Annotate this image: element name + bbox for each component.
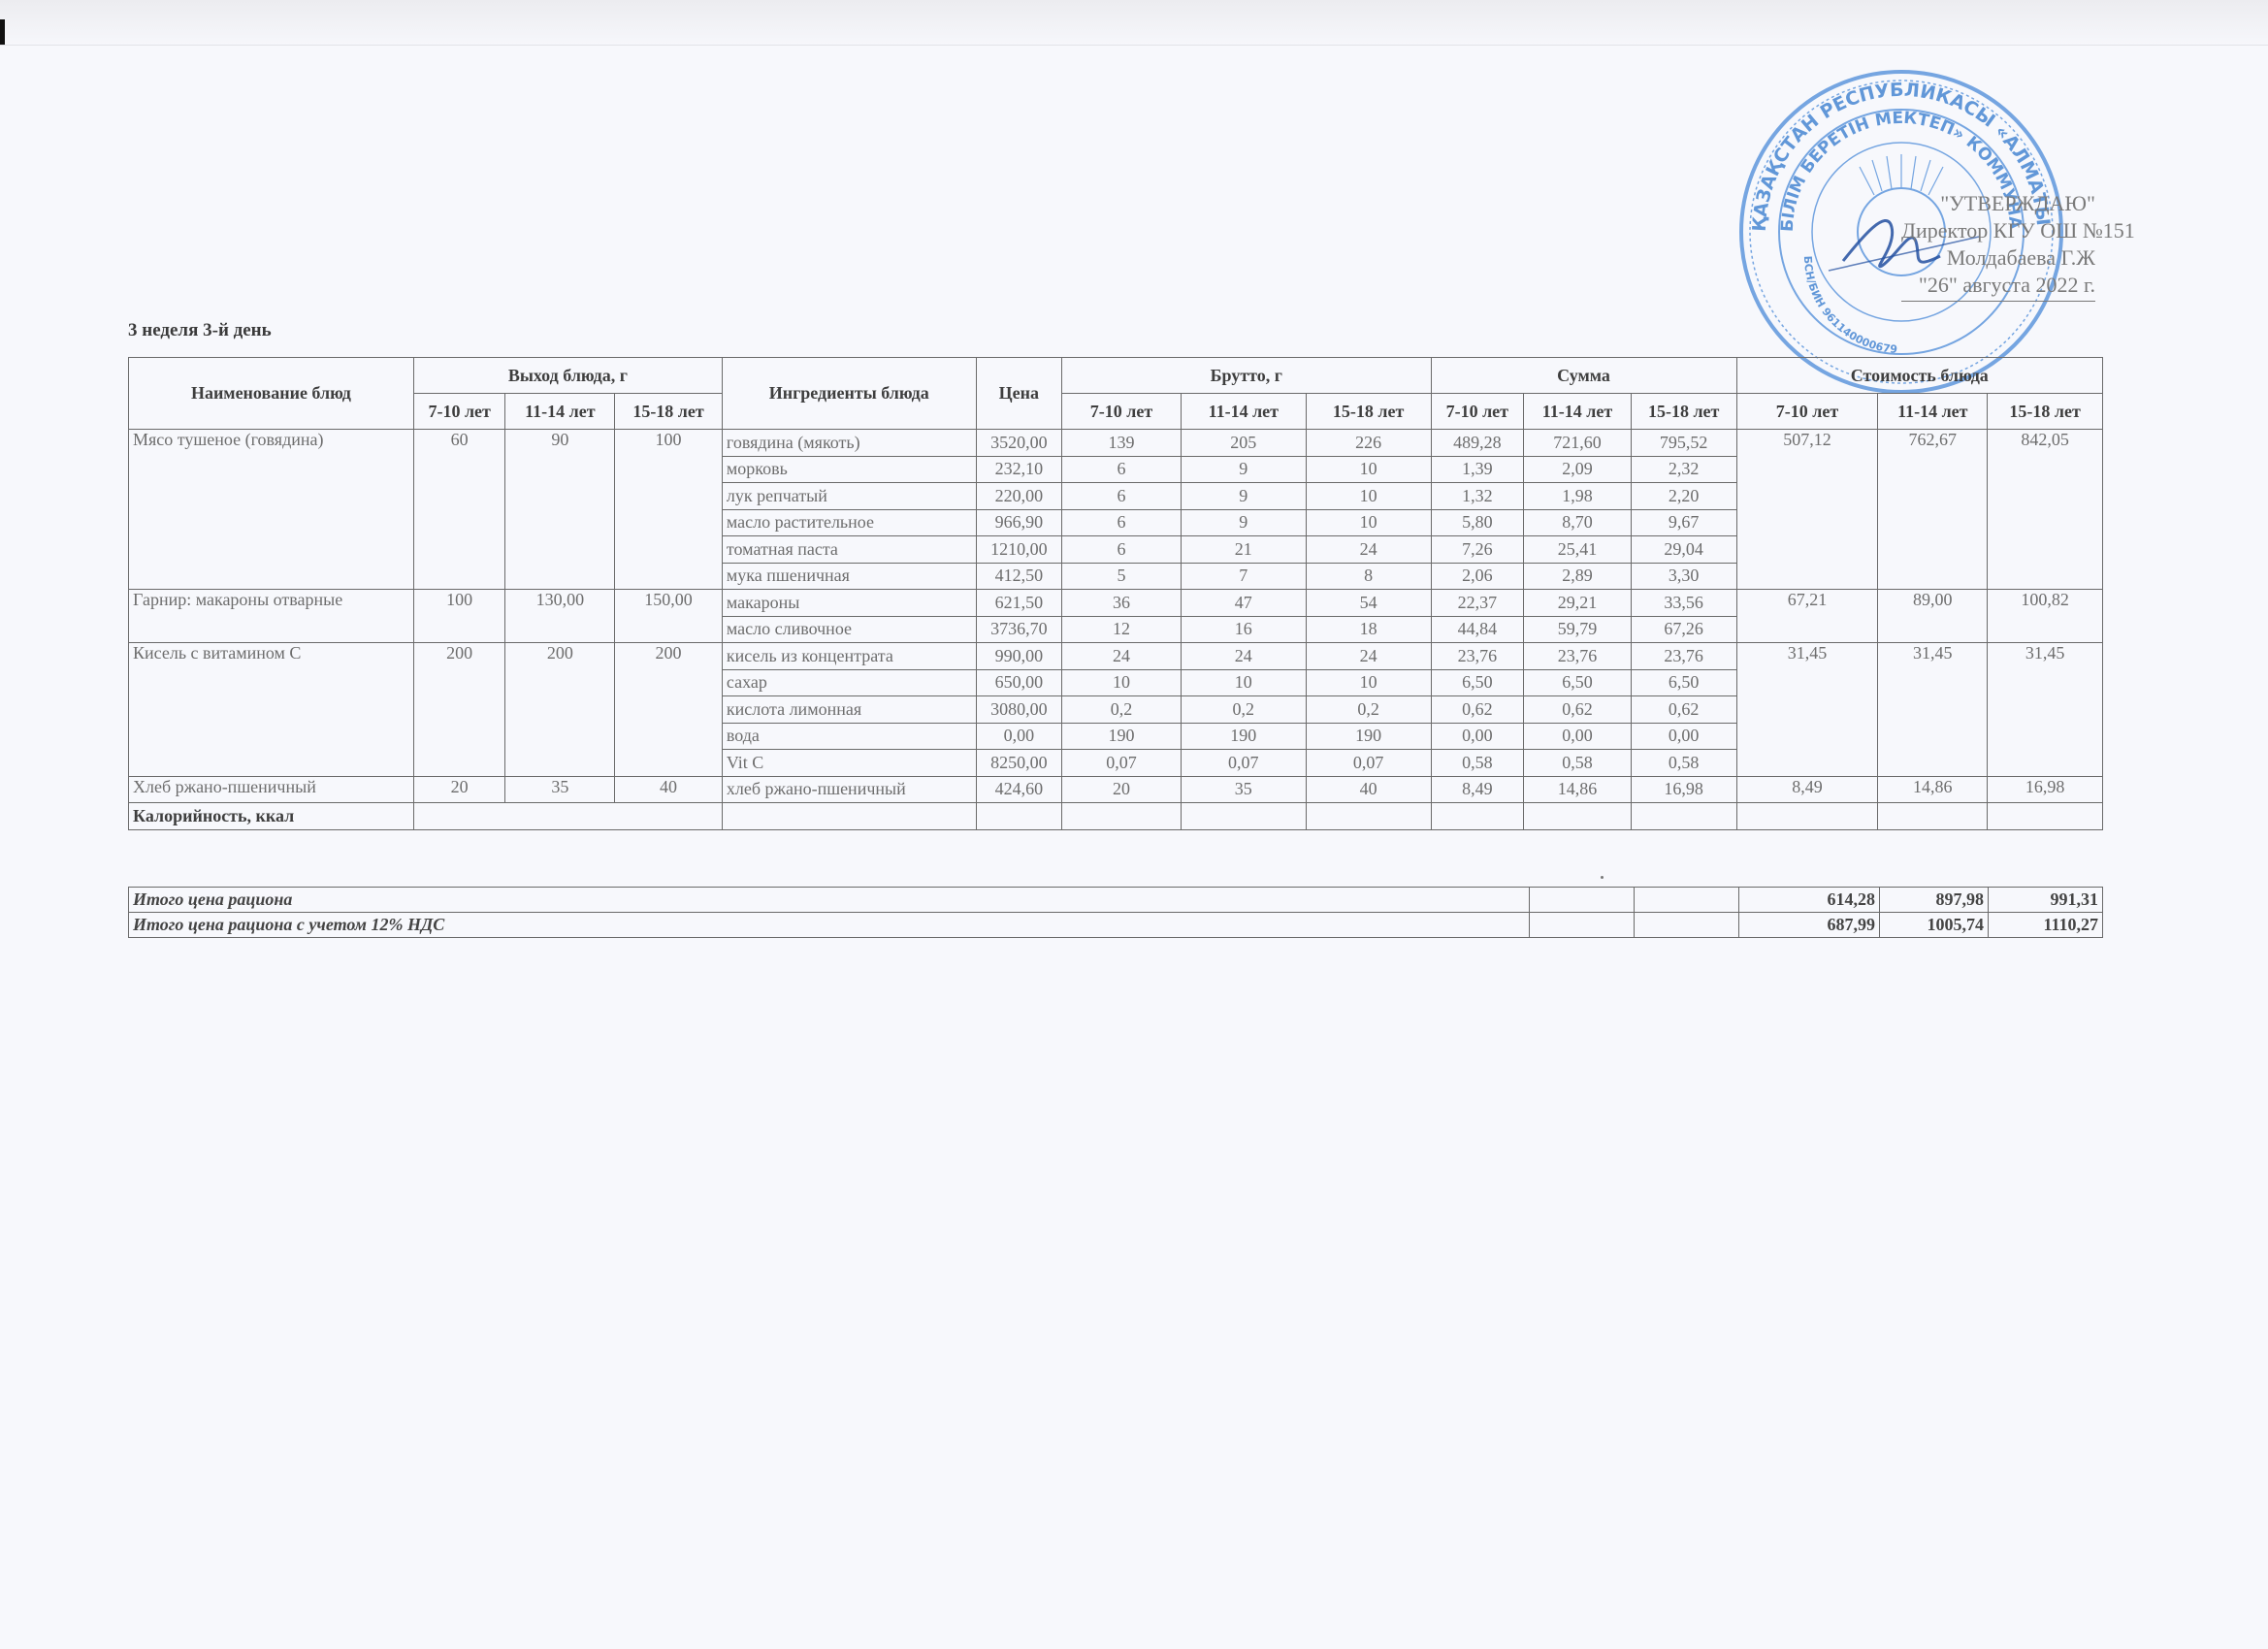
dish-cost: 14,86 [1878, 776, 1988, 803]
header-age: 11-14 лет [505, 394, 615, 430]
ingredient-brutto: 10 [1306, 483, 1431, 510]
empty-cell [1635, 888, 1739, 913]
ingredient-name: лук репчатый [722, 483, 976, 510]
ingredient-brutto: 6 [1062, 483, 1182, 510]
ingredient-brutto: 47 [1181, 590, 1306, 617]
ingredient-sum: 0,00 [1431, 723, 1524, 750]
empty-cell [1181, 803, 1306, 830]
dish-cost: 100,82 [1988, 590, 2103, 643]
dish-name: Кисель с витамином С [129, 643, 414, 777]
empty-cell [1062, 803, 1182, 830]
header-age: 15-18 лет [1306, 394, 1431, 430]
ingredient-brutto: 24 [1306, 536, 1431, 564]
ingredient-brutto: 9 [1181, 483, 1306, 510]
ingredient-brutto: 16 [1181, 616, 1306, 643]
header-ingredients: Ингредиенты блюда [722, 358, 976, 430]
header-sum: Сумма [1431, 358, 1736, 394]
ingredient-sum: 1,39 [1431, 456, 1524, 483]
total-value: 614,28 [1739, 888, 1880, 913]
scan-speck [1601, 876, 1604, 879]
header-age: 7-10 лет [1062, 394, 1182, 430]
ingredient-sum: 0,58 [1431, 750, 1524, 777]
ingredient-brutto: 54 [1306, 590, 1431, 617]
dish-yield: 90 [505, 430, 615, 590]
table-row: Хлеб ржано-пшеничный203540хлеб ржано-пше… [129, 776, 2103, 803]
total-label: Итого цена рациона [129, 888, 1530, 913]
ingredient-sum: 2,32 [1631, 456, 1736, 483]
ingredient-brutto: 205 [1181, 430, 1306, 457]
ingredient-price: 3080,00 [976, 696, 1062, 724]
ingredient-brutto: 5 [1062, 563, 1182, 590]
ingredient-name: масло растительное [722, 509, 976, 536]
ingredient-brutto: 0,07 [1181, 750, 1306, 777]
ingredient-sum: 25,41 [1524, 536, 1632, 564]
ingredient-name: масло сливочное [722, 616, 976, 643]
dish-yield: 35 [505, 776, 615, 803]
approval-date: "26" августа 2022 г. [1901, 272, 2095, 302]
table-row: Гарнир: макароны отварные100130,00150,00… [129, 590, 2103, 617]
total-vat-value: 1110,27 [1988, 913, 2102, 938]
dish-cost: 31,45 [1736, 643, 1878, 777]
dish-cost: 67,21 [1736, 590, 1878, 643]
ingredient-sum: 0,62 [1631, 696, 1736, 724]
ingredient-sum: 0,62 [1524, 696, 1632, 724]
ingredient-brutto: 21 [1181, 536, 1306, 564]
approval-director: Директор КГУ ОШ №151 [1901, 217, 2095, 244]
header-age: 15-18 лет [615, 394, 723, 430]
dish-yield: 200 [505, 643, 615, 777]
ingredient-sum: 0,58 [1524, 750, 1632, 777]
dish-cost: 31,45 [1878, 643, 1988, 777]
ingredient-name: говядина (мякоть) [722, 430, 976, 457]
ingredient-sum: 9,67 [1631, 509, 1736, 536]
dish-yield: 200 [615, 643, 723, 777]
table-row: Кисель с витамином С200200200кисель из к… [129, 643, 2103, 670]
dish-yield: 150,00 [615, 590, 723, 643]
dish-yield: 20 [413, 776, 505, 803]
ingredient-sum: 1,98 [1524, 483, 1632, 510]
header-age: 11-14 лет [1878, 394, 1988, 430]
ingredient-name: морковь [722, 456, 976, 483]
ingredient-brutto: 6 [1062, 536, 1182, 564]
ingredient-name: кислота лимонная [722, 696, 976, 724]
header-dish-cost: Стоимость блюда [1736, 358, 2102, 394]
ingredient-name: сахар [722, 669, 976, 696]
ingredient-sum: 721,60 [1524, 430, 1632, 457]
header-dish-name: Наименование блюд [129, 358, 414, 430]
ingredient-brutto: 36 [1062, 590, 1182, 617]
ingredient-price: 3520,00 [976, 430, 1062, 457]
dish-cost: 8,49 [1736, 776, 1878, 803]
dish-yield: 100 [413, 590, 505, 643]
dish-yield: 200 [413, 643, 505, 777]
total-vat-value: 687,99 [1739, 913, 1880, 938]
dish-cost: 507,12 [1736, 430, 1878, 590]
ingredient-price: 412,50 [976, 563, 1062, 590]
ingredient-price: 3736,70 [976, 616, 1062, 643]
approval-heading: "УТВЕРЖДАЮ" [1901, 190, 2095, 217]
header-brutto: Брутто, г [1062, 358, 1431, 394]
menu-table: Наименование блюд Выход блюда, г Ингреди… [128, 357, 2103, 830]
empty-cell [413, 803, 722, 830]
ingredient-brutto: 20 [1062, 776, 1182, 803]
ingredient-sum: 23,76 [1631, 643, 1736, 670]
dish-name: Гарнир: макароны отварные [129, 590, 414, 643]
ingredient-sum: 23,76 [1431, 643, 1524, 670]
ingredient-sum: 0,00 [1631, 723, 1736, 750]
ingredient-brutto: 10 [1062, 669, 1182, 696]
header-age: 7-10 лет [1736, 394, 1878, 430]
header-age: 11-14 лет [1181, 394, 1306, 430]
ingredient-price: 621,50 [976, 590, 1062, 617]
ingredient-sum: 0,62 [1431, 696, 1524, 724]
ingredient-brutto: 10 [1306, 509, 1431, 536]
ingredient-sum: 44,84 [1431, 616, 1524, 643]
dish-cost: 16,98 [1988, 776, 2103, 803]
page-title: 3 неделя 3-й день [128, 320, 272, 341]
ingredient-price: 8250,00 [976, 750, 1062, 777]
header-age: 7-10 лет [413, 394, 505, 430]
ingredient-price: 424,60 [976, 776, 1062, 803]
ingredient-brutto: 6 [1062, 509, 1182, 536]
dish-name: Мясо тушеное (говядина) [129, 430, 414, 590]
empty-cell [1524, 803, 1632, 830]
scan-edge-mark [0, 19, 5, 45]
ingredient-brutto: 190 [1181, 723, 1306, 750]
ingredient-brutto: 0,07 [1062, 750, 1182, 777]
ingredient-price: 966,90 [976, 509, 1062, 536]
ingredient-price: 0,00 [976, 723, 1062, 750]
approval-name: Молдабаева Г.Ж [1901, 244, 2095, 272]
empty-cell [1736, 803, 1878, 830]
ingredient-brutto: 9 [1181, 456, 1306, 483]
total-vat-value: 1005,74 [1880, 913, 1989, 938]
ingredient-brutto: 18 [1306, 616, 1431, 643]
ingredient-sum: 22,37 [1431, 590, 1524, 617]
ingredient-name: Vit C [722, 750, 976, 777]
empty-cell [1530, 888, 1635, 913]
ingredient-price: 220,00 [976, 483, 1062, 510]
dish-name: Хлеб ржано-пшеничный [129, 776, 414, 803]
empty-cell [722, 803, 976, 830]
ingredient-sum: 1,32 [1431, 483, 1524, 510]
dish-cost: 762,67 [1878, 430, 1988, 590]
ingredient-sum: 6,50 [1431, 669, 1524, 696]
header-row-1: Наименование блюд Выход блюда, г Ингреди… [129, 358, 2103, 394]
ingredient-brutto: 9 [1181, 509, 1306, 536]
ingredient-sum: 2,06 [1431, 563, 1524, 590]
ingredient-brutto: 24 [1306, 643, 1431, 670]
ingredient-sum: 2,09 [1524, 456, 1632, 483]
ingredient-brutto: 7 [1181, 563, 1306, 590]
ingredient-sum: 6,50 [1631, 669, 1736, 696]
ingredient-price: 1210,00 [976, 536, 1062, 564]
header-age: 15-18 лет [1631, 394, 1736, 430]
header-row-2: 7-10 лет 11-14 лет 15-18 лет 7-10 лет 11… [129, 394, 2103, 430]
dish-cost: 89,00 [1878, 590, 1988, 643]
empty-cell [1530, 913, 1635, 938]
ingredient-brutto: 139 [1062, 430, 1182, 457]
ingredient-name: хлеб ржано-пшеничный [722, 776, 976, 803]
ingredient-brutto: 0,2 [1306, 696, 1431, 724]
ingredient-sum: 0,58 [1631, 750, 1736, 777]
ingredient-sum: 29,04 [1631, 536, 1736, 564]
ingredient-sum: 3,30 [1631, 563, 1736, 590]
total-vat-label: Итого цена рациона с учетом 12% НДС [129, 913, 1530, 938]
ingredient-price: 650,00 [976, 669, 1062, 696]
dish-cost: 31,45 [1988, 643, 2103, 777]
ingredient-name: томатная паста [722, 536, 976, 564]
total-value: 991,31 [1988, 888, 2102, 913]
ingredient-brutto: 8 [1306, 563, 1431, 590]
empty-cell [1635, 913, 1739, 938]
header-yield: Выход блюда, г [413, 358, 722, 394]
ingredient-sum: 7,26 [1431, 536, 1524, 564]
ingredient-brutto: 10 [1181, 669, 1306, 696]
ingredient-brutto: 24 [1181, 643, 1306, 670]
ingredient-brutto: 190 [1306, 723, 1431, 750]
ingredient-sum: 8,49 [1431, 776, 1524, 803]
ingredient-brutto: 0,07 [1306, 750, 1431, 777]
ingredient-brutto: 12 [1062, 616, 1182, 643]
ingredient-sum: 6,50 [1524, 669, 1632, 696]
ingredient-sum: 2,20 [1631, 483, 1736, 510]
totals-table: Итого цена рациона 614,28 897,98 991,31 … [128, 887, 2103, 938]
ingredient-name: макароны [722, 590, 976, 617]
ingredient-brutto: 190 [1062, 723, 1182, 750]
ingredient-name: вода [722, 723, 976, 750]
ingredient-brutto: 35 [1181, 776, 1306, 803]
dish-cost: 842,05 [1988, 430, 2103, 590]
empty-cell [1988, 803, 2103, 830]
calories-label: Калорийность, ккал [129, 803, 414, 830]
ingredient-sum: 795,52 [1631, 430, 1736, 457]
ingredient-sum: 59,79 [1524, 616, 1632, 643]
ingredient-sum: 29,21 [1524, 590, 1632, 617]
dish-yield: 40 [615, 776, 723, 803]
header-age: 11-14 лет [1524, 394, 1632, 430]
ingredient-brutto: 40 [1306, 776, 1431, 803]
scan-top-edge [0, 0, 2268, 46]
total-value: 897,98 [1880, 888, 1989, 913]
ingredient-name: кисель из концентрата [722, 643, 976, 670]
total-vat-row: Итого цена рациона с учетом 12% НДС 687,… [129, 913, 2103, 938]
header-age: 15-18 лет [1988, 394, 2103, 430]
table-row: Мясо тушеное (говядина)6090100говядина (… [129, 430, 2103, 457]
empty-cell [1431, 803, 1524, 830]
empty-cell [1306, 803, 1431, 830]
empty-cell [1878, 803, 1988, 830]
ingredient-sum: 489,28 [1431, 430, 1524, 457]
ingredient-price: 232,10 [976, 456, 1062, 483]
ingredient-sum: 33,56 [1631, 590, 1736, 617]
empty-cell [1631, 803, 1736, 830]
empty-cell [976, 803, 1062, 830]
ingredient-sum: 0,00 [1524, 723, 1632, 750]
ingredient-brutto: 10 [1306, 456, 1431, 483]
total-row: Итого цена рациона 614,28 897,98 991,31 [129, 888, 2103, 913]
ingredient-sum: 14,86 [1524, 776, 1632, 803]
ingredient-name: мука пшеничная [722, 563, 976, 590]
ingredient-brutto: 226 [1306, 430, 1431, 457]
dish-yield: 100 [615, 430, 723, 590]
ingredient-brutto: 0,2 [1062, 696, 1182, 724]
header-price: Цена [976, 358, 1062, 430]
ingredient-brutto: 6 [1062, 456, 1182, 483]
ingredient-brutto: 24 [1062, 643, 1182, 670]
ingredient-sum: 2,89 [1524, 563, 1632, 590]
ingredient-sum: 5,80 [1431, 509, 1524, 536]
ingredient-sum: 23,76 [1524, 643, 1632, 670]
ingredient-brutto: 10 [1306, 669, 1431, 696]
approval-block: "УТВЕРЖДАЮ" Директор КГУ ОШ №151 Молдаба… [1901, 190, 2095, 302]
ingredient-sum: 67,26 [1631, 616, 1736, 643]
ingredient-sum: 16,98 [1631, 776, 1736, 803]
ingredient-price: 990,00 [976, 643, 1062, 670]
ingredient-brutto: 0,2 [1181, 696, 1306, 724]
dish-yield: 60 [413, 430, 505, 590]
ingredient-sum: 8,70 [1524, 509, 1632, 536]
dish-yield: 130,00 [505, 590, 615, 643]
calories-row: Калорийность, ккал [129, 803, 2103, 830]
header-age: 7-10 лет [1431, 394, 1524, 430]
